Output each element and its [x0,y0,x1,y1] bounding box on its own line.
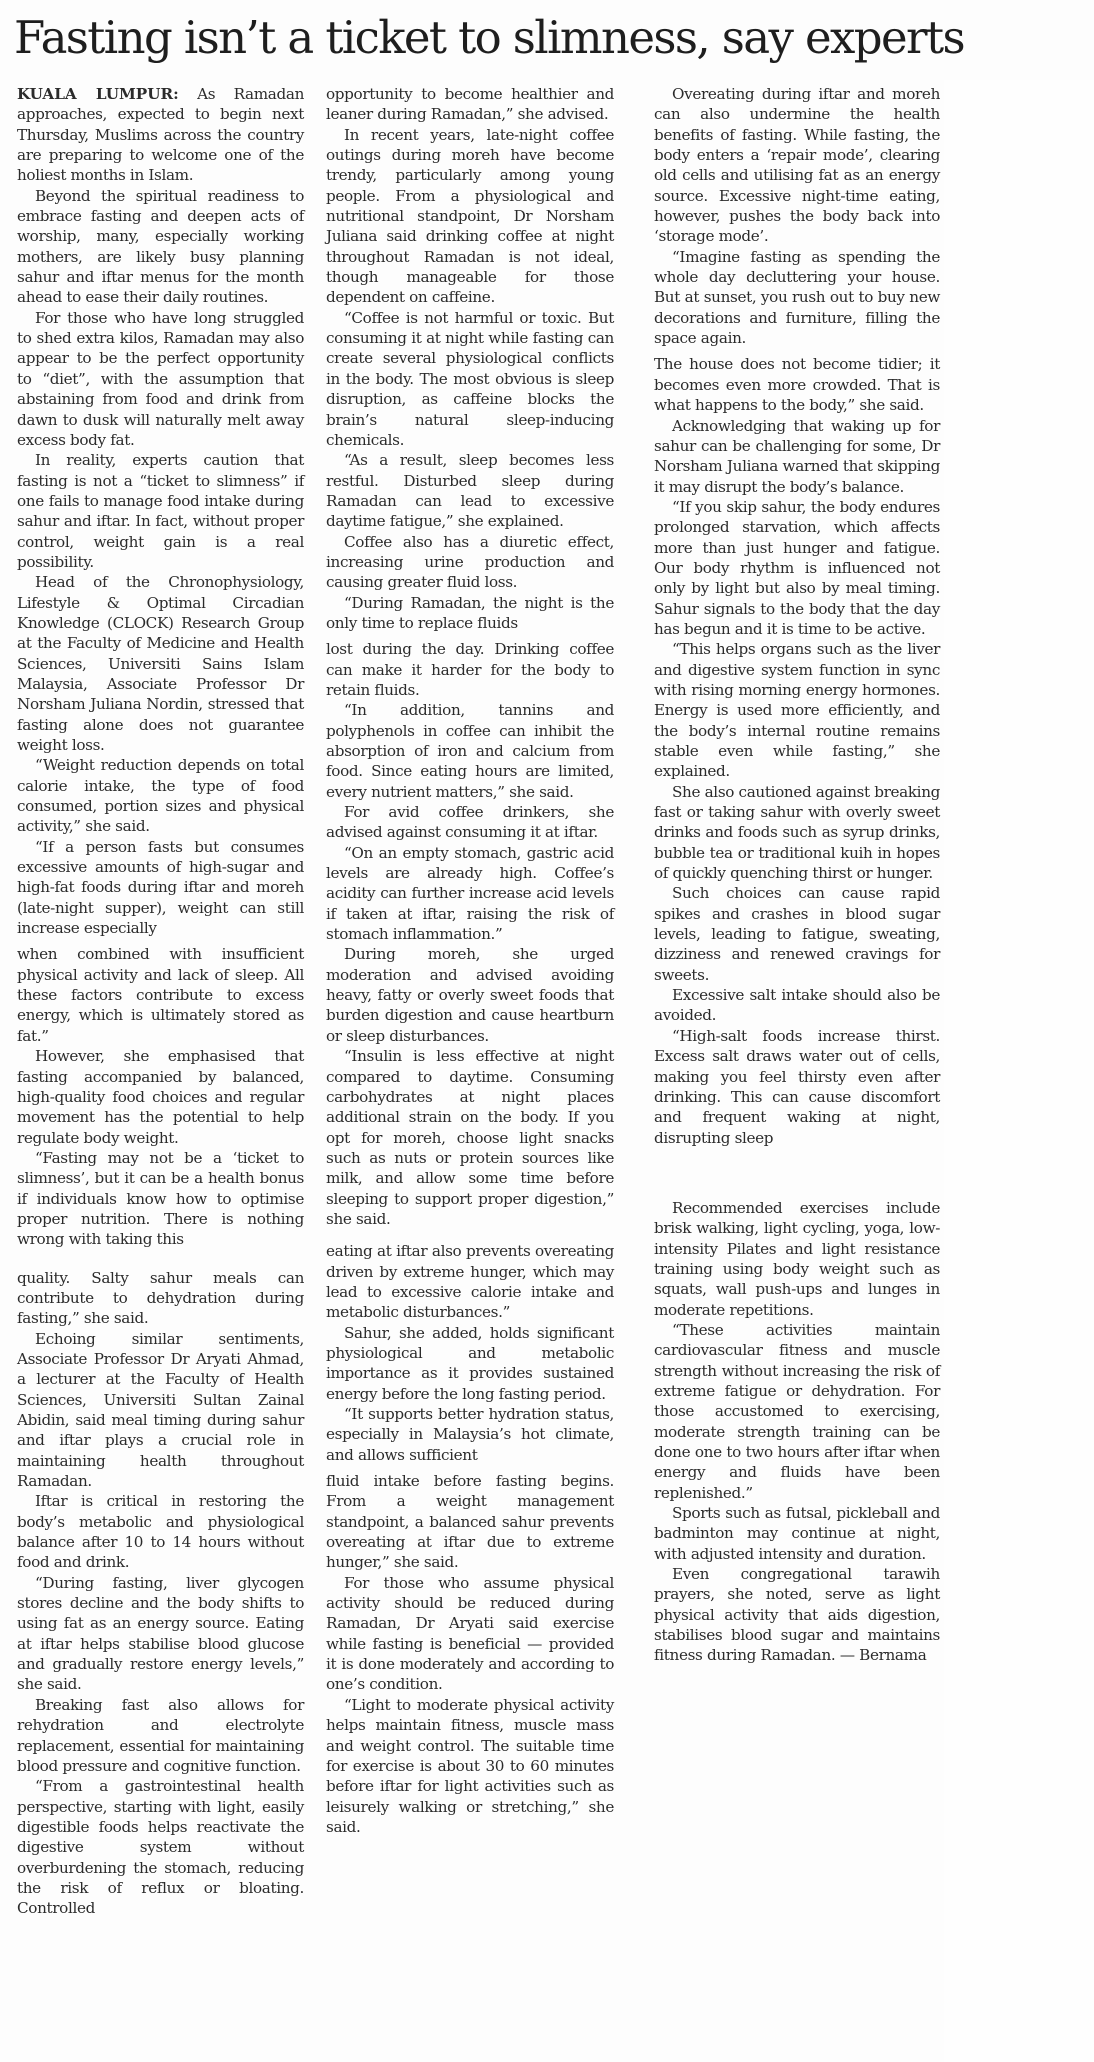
paragraph: “High-salt foods increase thirst. Excess… [654,1026,940,1148]
paragraph: Beyond the spiritual readiness to embrac… [17,186,304,308]
paragraph-continued: lost during the day. Drinking coffee can… [326,639,614,700]
paragraph: “In addition, tannins and polyphenols in… [326,700,614,802]
paragraph: Coffee also has a diuretic effect, incre… [326,532,614,593]
paragraph: For those who assume physical activity s… [326,1573,614,1695]
paragraph: Head of the Chronophysiology, Lifestyle … [17,572,304,755]
paragraph: “Insulin is less effective at night comp… [326,1046,614,1229]
paragraph: Sports such as futsal, pickleball and ba… [654,1503,940,1564]
paragraph: In reality, experts caution that fasting… [17,450,304,572]
paragraph-continued: The house does not become tidier; it bec… [654,354,940,415]
paragraph: In recent years, late-night coffee outin… [326,125,614,308]
paragraph: “During fasting, liver glycogen stores d… [17,1573,304,1695]
paragraph: Recommended exercises include brisk walk… [654,1198,940,1320]
article-column-2: opportunity to become healthier and lean… [326,84,614,1837]
paragraph: “If a person fasts but consumes excessiv… [17,837,304,939]
paragraph: For avid coffee drinkers, she advised ag… [326,802,614,843]
paragraph-continued: fluid intake before fasting begins. From… [326,1471,614,1573]
paragraph: “Imagine fasting as spending the whole d… [654,247,940,349]
paragraph: “During Ramadan, the night is the only t… [326,593,614,634]
paragraph: “On an empty stomach, gastric acid level… [326,843,614,945]
paragraph: “It supports better hydration status, es… [326,1404,614,1465]
paragraph: She also cautioned against breaking fast… [654,782,940,884]
paragraph: “This helps organs such as the liver and… [654,639,940,781]
paragraph: “If you skip sahur, the body endures pro… [654,497,940,639]
paragraph: During moreh, she urged moderation and a… [326,944,614,1046]
article-column-3: Overeating during iftar and moreh can al… [654,84,940,1666]
paragraph: “Coffee is not harmful or toxic. But con… [326,308,614,450]
paragraph: Iftar is critical in restoring the body’… [17,1491,304,1572]
paragraph: Breaking fast also allows for rehydratio… [17,1695,304,1776]
paragraph: Sahur, she added, holds significant phys… [326,1323,614,1404]
article-column-1: KUALA LUMPUR: As Ramadan approaches, exp… [17,84,304,1919]
paragraph: “From a gastrointestinal health perspect… [17,1776,304,1918]
paragraph: Excessive salt intake should also be avo… [654,985,940,1026]
paragraph-continued: when combined with insufficient physical… [17,944,304,1046]
paragraph: Echoing similar sentiments, Associate Pr… [17,1329,304,1492]
paragraph-continued: opportunity to become healthier and lean… [326,84,614,125]
paragraph: However, she emphasised that fasting acc… [17,1046,304,1148]
page-margin [944,80,1094,2062]
article-headline: Fasting isn’t a ticket to slimness, say … [14,8,1084,68]
paragraph-continued: eating at iftar also prevents overeating… [326,1241,614,1322]
paragraph: Such choices can cause rapid spikes and … [654,883,940,985]
paragraph: Overeating during iftar and moreh can al… [654,84,940,247]
paragraph: “Weight reduction depends on total calor… [17,755,304,836]
paragraph: “Light to moderate physical activity hel… [326,1695,614,1837]
paragraph-continued: quality. Salty sahur meals can contribut… [17,1268,304,1329]
paragraph: “These activities maintain cardiovascula… [654,1320,940,1503]
paragraph: KUALA LUMPUR: As Ramadan approaches, exp… [17,84,304,186]
paragraph: For those who have long struggled to she… [17,308,304,450]
paragraph: Acknowledging that waking up for sahur c… [654,416,940,497]
dateline: KUALA LUMPUR: [17,85,179,103]
paragraph: “Fasting may not be a ‘ticket to slimnes… [17,1148,304,1250]
paragraph-final: Even congregational tarawih prayers, she… [654,1564,940,1666]
paragraph: “As a result, sleep becomes less restful… [326,450,614,531]
